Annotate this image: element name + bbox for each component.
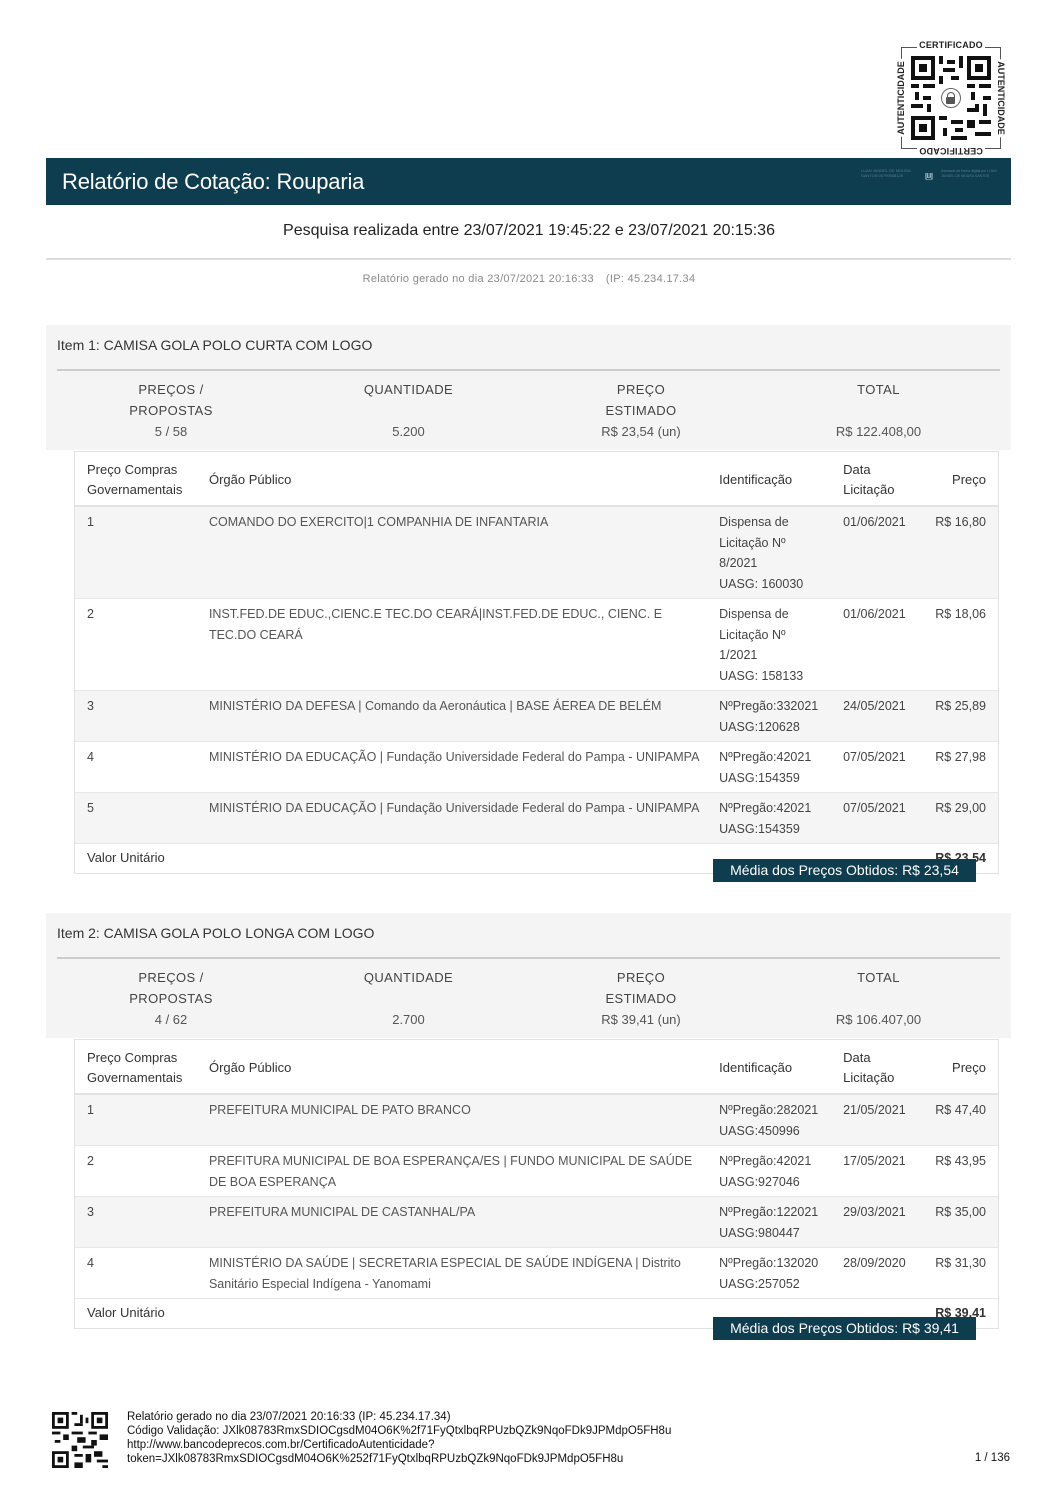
row-orgao: PREFEITURA MUNICIPAL DE CASTANHAL/PA [197, 1197, 707, 1248]
summary-label: TOTAL [816, 379, 941, 400]
column-header-data: DataLicitação [831, 452, 918, 506]
row-data: 07/05/2021 [831, 793, 918, 844]
digital-signature: LUAN JANDEL DE MOURA SANTOS:00799508125 … [861, 166, 1006, 186]
column-header-precos: Preço ComprasGovernamentais [75, 452, 197, 506]
column-header-orgao: Órgão Público [197, 1040, 707, 1094]
row-identificacao: Dispensa deLicitação Nº1/2021UASG: 15813… [707, 599, 831, 691]
summary-value: R$ 39,41 (un) [581, 1009, 701, 1030]
row-preco: R$ 16,80 [918, 506, 998, 599]
summary-label: PREÇOS / [111, 967, 231, 988]
row-data: 07/05/2021 [831, 742, 918, 793]
item-summary: Item 2: CAMISA GOLA POLO LONGA COM LOGO … [46, 913, 1011, 1038]
column-header-identificacao: Identificação [707, 1040, 831, 1094]
item-summary: Item 1: CAMISA GOLA POLO CURTA COM LOGO … [46, 325, 1011, 450]
row-preco: R$ 43,95 [918, 1146, 998, 1197]
footer-generated: Relatório gerado no dia 23/07/2021 20:16… [127, 1410, 671, 1424]
row-number: 2 [75, 599, 197, 691]
row-data: 01/06/2021 [831, 506, 918, 599]
row-identificacao: NºPregão:42021UASG:154359 [707, 742, 831, 793]
column-header-data: DataLicitação [831, 1040, 918, 1094]
summary-precos-propostas: PREÇOS / PROPOSTAS 5 / 58 [111, 379, 231, 442]
item-title: Item 2: CAMISA GOLA POLO LONGA COM LOGO [57, 925, 374, 941]
row-preco: R$ 47,40 [918, 1094, 998, 1146]
row-number: 1 [75, 506, 197, 599]
generated-date: Relatório gerado no dia 23/07/2021 20:16… [363, 273, 594, 285]
column-header-identificacao: Identificação [707, 452, 831, 506]
table-row: 3MINISTÉRIO DA DEFESA | Comando da Aeron… [75, 691, 998, 742]
divider [57, 369, 1000, 371]
row-number: 4 [75, 1248, 197, 1299]
summary-label: QUANTIDADE [346, 379, 471, 400]
row-preco: R$ 31,30 [918, 1248, 998, 1299]
summary-preco-estimado: PREÇO ESTIMADO R$ 23,54 (un) [581, 379, 701, 442]
summary-label: TOTAL [816, 967, 941, 988]
row-data: 21/05/2021 [831, 1094, 918, 1146]
summary-total: TOTAL R$ 122.408,00 [816, 379, 941, 442]
row-number: 5 [75, 793, 197, 844]
item-section: Item 2: CAMISA GOLA POLO LONGA COM LOGO … [46, 913, 1011, 1038]
column-header-precos: Preço ComprasGovernamentais [75, 1040, 197, 1094]
certificate-label-bottom: CERTIFICADO [893, 146, 1009, 156]
summary-quantidade: QUANTIDADE 2.700 [346, 967, 471, 1030]
row-orgao: MINISTÉRIO DA SAÚDE | SECRETARIA ESPECIA… [197, 1248, 707, 1299]
row-identificacao: NºPregão:132020UASG:257052 [707, 1248, 831, 1299]
row-preco: R$ 35,00 [918, 1197, 998, 1248]
summary-spacer [816, 988, 941, 1009]
row-data: 28/09/2020 [831, 1248, 918, 1299]
summary-label: PROPOSTAS [111, 988, 231, 1009]
table-row: 5MINISTÉRIO DA EDUCAÇÃO | Fundação Unive… [75, 793, 998, 844]
row-data: 29/03/2021 [831, 1197, 918, 1248]
row-preco: R$ 29,00 [918, 793, 998, 844]
column-header-orgao: Órgão Público [197, 452, 707, 506]
search-period: Pesquisa realizada entre 23/07/2021 19:4… [0, 222, 1058, 240]
row-orgao: COMANDO DO EXERCITO|1 COMPANHIA DE INFAN… [197, 506, 707, 599]
certificate-label-right: AUTENTICIDADE [996, 59, 1006, 137]
pdf-signature-icon: ⩏ [925, 168, 933, 182]
row-orgao: MINISTÉRIO DA EDUCAÇÃO | Fundação Univer… [197, 793, 707, 844]
summary-label: PREÇOS / [111, 379, 231, 400]
summary-precos-propostas: PREÇOS / PROPOSTAS 4 / 62 [111, 967, 231, 1030]
average-price-badge: Média dos Preços Obtidos: R$ 39,41 [713, 1317, 976, 1340]
summary-value: 5.200 [346, 421, 471, 442]
row-number: 3 [75, 691, 197, 742]
summary-spacer [346, 988, 471, 1009]
item-title: Item 1: CAMISA GOLA POLO CURTA COM LOGO [57, 337, 372, 353]
authenticity-certificate-badge: CERTIFICADO CERTIFICADO AUTENTICIDADE AU… [893, 40, 1009, 156]
column-header-preco: Preço [918, 1040, 998, 1094]
row-data: 17/05/2021 [831, 1146, 918, 1197]
row-number: 4 [75, 742, 197, 793]
prices-table: Preço ComprasGovernamentais Órgão Públic… [74, 1039, 999, 1329]
row-data: 01/06/2021 [831, 599, 918, 691]
row-orgao: INST.FED.DE EDUC.,CIENC.E TEC.DO CEARÁ|I… [197, 599, 707, 691]
table-row: 2PREFITURA MUNICIPAL DE BOA ESPERANÇA/ES… [75, 1146, 998, 1197]
qr-code-icon [52, 1412, 108, 1468]
average-price-badge: Média dos Preços Obtidos: R$ 23,54 [713, 859, 976, 882]
signature-name: LUAN JANDEL DE MOURA SANTOS:00799508125 [861, 168, 921, 178]
table-row: 2INST.FED.DE EDUC.,CIENC.E TEC.DO CEARÁ|… [75, 599, 998, 691]
page-number: 1 / 136 [975, 1452, 1010, 1464]
summary-value: R$ 106.407,00 [816, 1009, 941, 1030]
certificate-label-top: CERTIFICADO [893, 40, 1009, 50]
summary-quantidade: QUANTIDADE 5.200 [346, 379, 471, 442]
row-preco: R$ 25,89 [918, 691, 998, 742]
row-identificacao: NºPregão:282021UASG:450996 [707, 1094, 831, 1146]
row-identificacao: NºPregão:332021UASG:120628 [707, 691, 831, 742]
table-header-row: Preço ComprasGovernamentais Órgão Públic… [75, 1040, 998, 1094]
page-footer: Relatório gerado no dia 23/07/2021 20:16… [52, 1410, 1012, 1470]
divider [57, 957, 1000, 959]
footer-validation-code: Código Validação: JXlk08783RmxSDIOCgsdM0… [127, 1424, 671, 1438]
row-orgao: MINISTÉRIO DA DEFESA | Comando da Aeroná… [197, 691, 707, 742]
row-identificacao: NºPregão:122021UASG:980447 [707, 1197, 831, 1248]
row-identificacao: Dispensa deLicitação Nº8/2021UASG: 16003… [707, 506, 831, 599]
summary-total: TOTAL R$ 106.407,00 [816, 967, 941, 1030]
table-row: 4MINISTÉRIO DA SAÚDE | SECRETARIA ESPECI… [75, 1248, 998, 1299]
summary-label: PROPOSTAS [111, 400, 231, 421]
row-data: 24/05/2021 [831, 691, 918, 742]
summary-label: ESTIMADO [581, 988, 701, 1009]
summary-value: R$ 23,54 (un) [581, 421, 701, 442]
column-header-preco: Preço [918, 452, 998, 506]
row-orgao: PREFEITURA MUNICIPAL DE PATO BRANCO [197, 1094, 707, 1146]
table-row: 3PREFEITURA MUNICIPAL DE CASTANHAL/PANºP… [75, 1197, 998, 1248]
summary-value: 2.700 [346, 1009, 471, 1030]
row-orgao: PREFITURA MUNICIPAL DE BOA ESPERANÇA/ES … [197, 1146, 707, 1197]
row-number: 1 [75, 1094, 197, 1146]
summary-spacer [346, 400, 471, 421]
divider [46, 258, 1011, 260]
row-identificacao: NºPregão:42021UASG:927046 [707, 1146, 831, 1197]
summary-value: 4 / 62 [111, 1009, 231, 1030]
footer-validation-token[interactable]: token=JXlk08783RmxSDIOCgsdM04O6K%252f71F… [127, 1452, 671, 1466]
row-preco: R$ 18,06 [918, 599, 998, 691]
row-number: 3 [75, 1197, 197, 1248]
summary-label: QUANTIDADE [346, 967, 471, 988]
summary-value: R$ 122.408,00 [816, 421, 941, 442]
generated-info: Relatório gerado no dia 23/07/2021 20:16… [0, 273, 1058, 285]
signature-text: Assinado de forma digital por LUAN JANDE… [941, 169, 1006, 179]
summary-label: ESTIMADO [581, 400, 701, 421]
summary-spacer [816, 400, 941, 421]
row-number: 2 [75, 1146, 197, 1197]
footer-validation-text: Relatório gerado no dia 23/07/2021 20:16… [127, 1410, 671, 1466]
table-row: 4MINISTÉRIO DA EDUCAÇÃO | Fundação Unive… [75, 742, 998, 793]
summary-value: 5 / 58 [111, 421, 231, 442]
prices-table: Preço ComprasGovernamentais Órgão Públic… [74, 451, 999, 874]
summary-label: PREÇO [581, 379, 701, 400]
row-orgao: MINISTÉRIO DA EDUCAÇÃO | Fundação Univer… [197, 742, 707, 793]
generated-ip: (IP: 45.234.17.34 [606, 273, 696, 285]
certificate-label-left: AUTENTICIDADE [896, 59, 906, 137]
report-title-bar: Relatório de Cotação: Rouparia LUAN JAND… [46, 158, 1011, 205]
table-header-row: Preço ComprasGovernamentais Órgão Públic… [75, 452, 998, 506]
summary-label: PREÇO [581, 967, 701, 988]
item-section: Item 1: CAMISA GOLA POLO CURTA COM LOGO … [46, 325, 1011, 450]
summary-preco-estimado: PREÇO ESTIMADO R$ 39,41 (un) [581, 967, 701, 1030]
footer-validation-url[interactable]: http://www.bancodeprecos.com.br/Certific… [127, 1438, 671, 1452]
row-preco: R$ 27,98 [918, 742, 998, 793]
table-row: 1PREFEITURA MUNICIPAL DE PATO BRANCONºPr… [75, 1094, 998, 1146]
page-title: Relatório de Cotação: Rouparia [62, 169, 364, 195]
row-identificacao: NºPregão:42021UASG:154359 [707, 793, 831, 844]
lock-icon [941, 88, 961, 108]
table-row: 1COMANDO DO EXERCITO|1 COMPANHIA DE INFA… [75, 506, 998, 599]
